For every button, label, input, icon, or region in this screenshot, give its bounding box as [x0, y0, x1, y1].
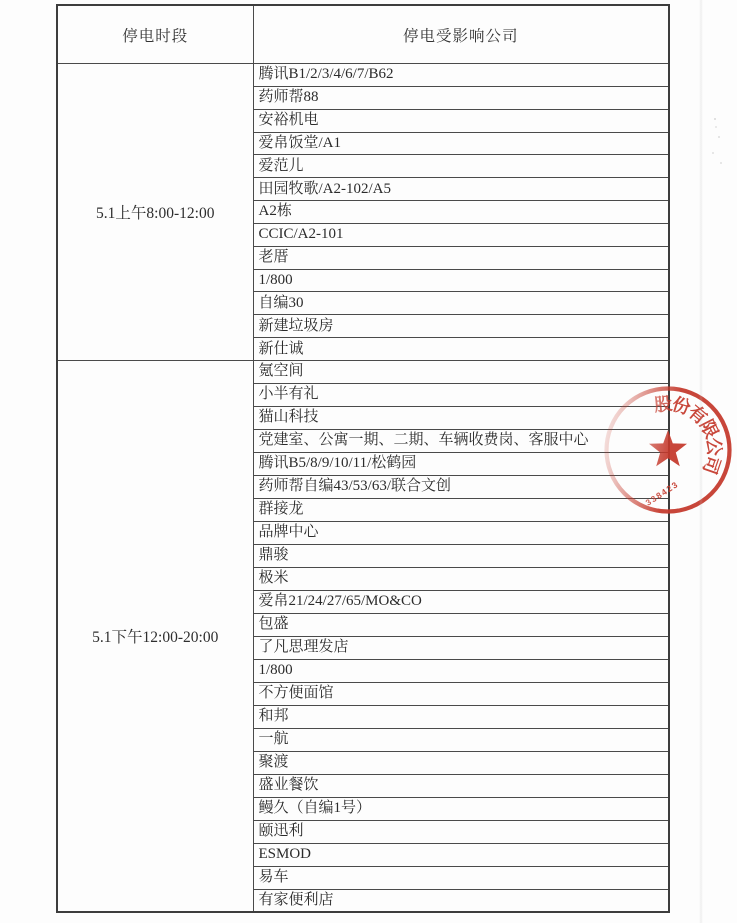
- company-cell: 腾讯B5/8/9/10/11/松鹤园: [253, 452, 669, 475]
- seal-character: 司: [699, 453, 724, 477]
- document-page: 停电时段 停电受影响公司 5.1上午8:00-12:00腾讯B1/2/3/4/6…: [0, 0, 737, 923]
- company-cell: 群接龙: [253, 498, 669, 521]
- company-cell: 党建室、公寓一期、二期、车辆收费岗、客服中心: [253, 429, 669, 452]
- seal-character: 份: [670, 393, 693, 418]
- company-cell: 不方便面馆: [253, 682, 669, 705]
- company-cell: 新建垃圾房: [253, 315, 669, 338]
- company-cell: 聚渡: [253, 751, 669, 774]
- table-row: 5.1下午12:00-20:00氪空间: [57, 360, 669, 383]
- header-companies: 停电受影响公司: [253, 5, 669, 64]
- header-row: 停电时段 停电受影响公司: [57, 5, 669, 64]
- company-cell: 田园牧歌/A2-102/A5: [253, 178, 669, 201]
- company-cell: 1/800: [253, 269, 669, 292]
- company-cell: 氪空间: [253, 360, 669, 383]
- company-cell: 和邦: [253, 705, 669, 728]
- company-cell: 有家便利店: [253, 889, 669, 912]
- company-cell: 猫山科技: [253, 406, 669, 429]
- company-cell: 了凡思理发店: [253, 636, 669, 659]
- company-cell: 爱帛饭堂/A1: [253, 132, 669, 155]
- outage-table: 停电时段 停电受影响公司 5.1上午8:00-12:00腾讯B1/2/3/4/6…: [56, 4, 670, 913]
- scan-noise-specks: [714, 118, 716, 120]
- company-cell: 安裕机电: [253, 109, 669, 132]
- company-cell: 药师帮自编43/53/63/联合文创: [253, 475, 669, 498]
- company-cell: CCIC/A2-101: [253, 223, 669, 246]
- company-cell: 药师帮88: [253, 86, 669, 109]
- seal-character: 有: [684, 401, 711, 429]
- company-cell: A2栋: [253, 201, 669, 224]
- company-cell: 颐迅利: [253, 820, 669, 843]
- company-cell: 自编30: [253, 292, 669, 315]
- period-cell: 5.1上午8:00-12:00: [57, 64, 253, 361]
- table-row: 5.1上午8:00-12:00腾讯B1/2/3/4/6/7/B62: [57, 64, 669, 87]
- company-cell: 爱范儿: [253, 155, 669, 178]
- company-cell: 新仕诚: [253, 338, 669, 361]
- company-cell: ESMOD: [253, 843, 669, 866]
- scan-edge-artifact: [699, 0, 703, 923]
- company-cell: 包盛: [253, 613, 669, 636]
- header-period: 停电时段: [57, 5, 253, 64]
- company-cell: 易车: [253, 866, 669, 889]
- company-cell: 极米: [253, 567, 669, 590]
- company-cell: 盛业餐饮: [253, 774, 669, 797]
- company-cell: 品牌中心: [253, 521, 669, 544]
- company-cell: 小半有礼: [253, 383, 669, 406]
- table-body: 5.1上午8:00-12:00腾讯B1/2/3/4/6/7/B62药师帮88安裕…: [57, 64, 669, 913]
- seal-character: 公: [703, 437, 724, 456]
- company-cell: 鳗久（自编1号）: [253, 797, 669, 820]
- company-cell: 1/800: [253, 659, 669, 682]
- company-cell: 爱帛21/24/27/65/MO&CO: [253, 590, 669, 613]
- company-cell: 鼎骏: [253, 544, 669, 567]
- company-cell: 老厝: [253, 246, 669, 269]
- company-cell: 腾讯B1/2/3/4/6/7/B62: [253, 64, 669, 87]
- period-cell: 5.1下午12:00-20:00: [57, 360, 253, 912]
- company-cell: 一航: [253, 728, 669, 751]
- seal-character: 限: [696, 417, 722, 442]
